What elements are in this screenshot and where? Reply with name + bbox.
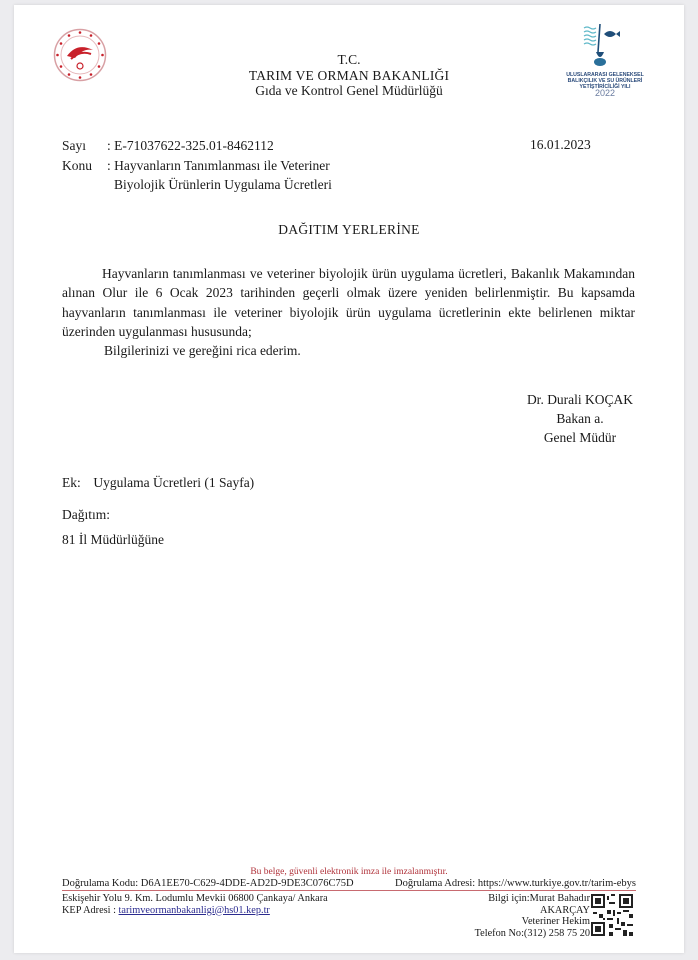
document-body: Hayvanların tanımlanması ve veteriner bi… <box>62 264 635 360</box>
sayi-label: Sayı <box>62 137 86 155</box>
konu-value-1: : Hayvanların Tanımlanması ile Veteriner <box>107 157 330 175</box>
body-paragraph-2: Bilgilerinizi ve gereğini rica ederim. <box>62 341 635 360</box>
konu-label: Konu <box>62 157 92 175</box>
header-ministry: TARIM VE ORMAN BAKANLIĞI <box>0 68 698 84</box>
body-paragraph-1: Hayvanların tanımlanması ve veteriner bi… <box>62 264 635 341</box>
attachment-value: Uygulama Ücretleri (1 Sayfa) <box>93 475 254 490</box>
verification-code: Doğrulama Kodu: D6A1EE70-C629-4DDE-AD2D-… <box>62 878 354 889</box>
sayi-value: : E-71037622-325.01-8462112 <box>107 137 274 155</box>
konu-value-2: Biyolojik Ürünlerin Uygulama Ücretleri <box>114 176 332 194</box>
distribution-value: 81 İl Müdürlüğüne <box>62 532 164 548</box>
contact-address: Eskişehir Yolu 9. Km. Lodumlu Mevkii 068… <box>62 893 328 916</box>
document-date: 16.01.2023 <box>530 137 591 153</box>
header-tc: T.C. <box>0 52 698 68</box>
distribution-label: Dağıtım: <box>62 507 110 523</box>
attachment-label: Ek: <box>62 475 90 491</box>
signatory-line2: Bakan a. <box>500 409 660 428</box>
kep-link[interactable]: tarimveormanbakanligi@hs01.kep.tr <box>119 905 270 916</box>
kep-label: KEP Adresi : <box>62 905 119 916</box>
signature-block: Dr. Durali KOÇAK Bakan a. Genel Müdür <box>500 390 660 447</box>
qr-code-icon[interactable] <box>591 894 633 936</box>
address-line: Eskişehir Yolu 9. Km. Lodumlu Mevkii 068… <box>62 893 328 905</box>
info-line-3: Veteriner Hekim <box>440 916 590 928</box>
document-header: T.C. TARIM VE ORMAN BAKANLIĞI Gıda ve Ko… <box>0 52 698 99</box>
document-title: DAĞITIM YERLERİNE <box>0 222 698 238</box>
info-line-2: AKARÇAY <box>440 905 590 917</box>
info-line-4: Telefon No:(312) 258 75 20 <box>440 928 590 940</box>
verification-address[interactable]: Doğrulama Adresi: https://www.turkiye.go… <box>395 878 636 889</box>
esign-note: Bu belge, güvenli elektronik imza ile im… <box>0 867 698 877</box>
attachment: Ek: Uygulama Ücretleri (1 Sayfa) <box>62 475 254 491</box>
info-line-1: Bilgi için:Murat Bahadır <box>440 893 590 905</box>
header-directorate: Gıda ve Kontrol Genel Müdürlüğü <box>0 83 698 99</box>
signatory-title: Genel Müdür <box>500 428 660 447</box>
document-meta: Sayı : E-71037622-325.01-8462112 Konu : … <box>62 137 462 197</box>
contact-info: Bilgi için:Murat Bahadır AKARÇAY Veterin… <box>440 893 590 939</box>
verification-row: Doğrulama Kodu: D6A1EE70-C629-4DDE-AD2D-… <box>62 878 636 891</box>
signatory-name: Dr. Durali KOÇAK <box>500 390 660 409</box>
